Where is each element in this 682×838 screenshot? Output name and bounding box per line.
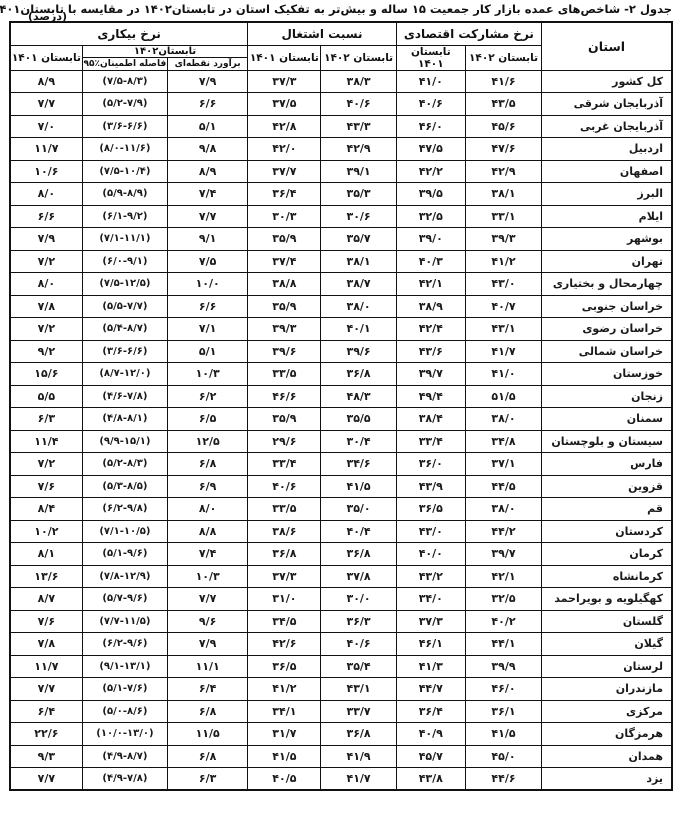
participation_1401-cell: ۴۷/۵ — [396, 138, 465, 161]
participation_1402-cell: ۳۹/۷ — [465, 543, 541, 566]
province-cell: سمنان — [542, 408, 672, 431]
unemployment_1401-cell: ۸/۷ — [10, 588, 82, 611]
unemployment_ci95_1402-cell: (۷/۱-۱۰/۵) — [82, 520, 167, 543]
participation_1401-cell: ۳۴/۰ — [396, 588, 465, 611]
unemployment_1401-cell: ۷/۷ — [10, 768, 82, 791]
participation_1401-cell: ۴۲/۲ — [396, 160, 465, 183]
col-header-participation-1402: تابستان ۱۴۰۲ — [465, 45, 541, 70]
unemployment_ci95_1402-cell: (۱۰/۰-۱۳/۰) — [82, 723, 167, 746]
participation_1401-cell: ۴۵/۷ — [396, 745, 465, 768]
employment_1402-cell: ۴۰/۴ — [321, 520, 396, 543]
employment_1402-cell: ۳۵/۷ — [321, 228, 396, 251]
unemployment_1401-cell: ۷/۲ — [10, 250, 82, 273]
province-cell: قم — [542, 498, 672, 521]
col-header-participation-1401: تابستان ۱۴۰۱ — [396, 45, 465, 70]
col-header-unemployment-1402: تابستان۱۴۰۲ — [82, 45, 247, 57]
province-cell: فارس — [542, 453, 672, 476]
unemployment_1401-cell: ۷/۶ — [10, 475, 82, 498]
participation_1401-cell: ۴۰/۰ — [396, 543, 465, 566]
participation_1401-cell: ۴۳/۲ — [396, 565, 465, 588]
table-row: همدان۴۵/۰۴۵/۷۴۱/۹۴۱/۵۶/۸(۴/۹-۸/۷)۹/۳ — [10, 745, 672, 768]
employment_1402-cell: ۳۵/۳ — [321, 183, 396, 206]
unemployment_ci95_1402-cell: (۵/۰-۸/۶) — [82, 700, 167, 723]
unemployment_ci95_1402-cell: (۶/۲-۹/۶) — [82, 633, 167, 656]
unemployment_point_1402-cell: ۱۱/۱ — [168, 655, 248, 678]
province-cell: چهارمحال و بختیاری — [542, 273, 672, 296]
unemployment_1401-cell: ۷/۰ — [10, 115, 82, 138]
unemployment_ci95_1402-cell: (۵/۱-۹/۶) — [82, 543, 167, 566]
table-row: ایلام۳۳/۱۳۲/۵۳۰/۶۳۰/۳۷/۷(۶/۱-۹/۲)۶/۶ — [10, 205, 672, 228]
employment_1401-cell: ۳۷/۳ — [248, 70, 321, 93]
unemployment_1401-cell: ۶/۴ — [10, 700, 82, 723]
employment_1401-cell: ۴۶/۶ — [248, 385, 321, 408]
unemployment_ci95_1402-cell: (۸/۰-۱۱/۶) — [82, 138, 167, 161]
employment_1402-cell: ۴۰/۱ — [321, 318, 396, 341]
unemployment_1401-cell: ۷/۷ — [10, 678, 82, 701]
employment_1401-cell: ۲۹/۶ — [248, 430, 321, 453]
unemployment_point_1402-cell: ۶/۸ — [168, 745, 248, 768]
table-row: قم۳۸/۰۳۶/۵۳۵/۰۳۳/۵۸/۰(۶/۲-۹/۸)۸/۴ — [10, 498, 672, 521]
unemployment_point_1402-cell: ۶/۶ — [168, 295, 248, 318]
col-group-unemployment: نرخ بیکاری — [10, 22, 248, 45]
employment_1402-cell: ۳۶/۸ — [321, 543, 396, 566]
province-cell: مرکزی — [542, 700, 672, 723]
participation_1401-cell: ۳۶/۴ — [396, 700, 465, 723]
employment_1401-cell: ۳۳/۵ — [248, 498, 321, 521]
unemployment_point_1402-cell: ۷/۹ — [168, 70, 248, 93]
unemployment_point_1402-cell: ۹/۸ — [168, 138, 248, 161]
unemployment_1401-cell: ۱۱/۴ — [10, 430, 82, 453]
participation_1401-cell: ۴۴/۷ — [396, 678, 465, 701]
table-row: آذربایجان غربی۴۵/۶۴۶/۰۴۳/۳۴۲/۸۵/۱(۳/۶-۶/… — [10, 115, 672, 138]
unemployment_point_1402-cell: ۱۰/۳ — [168, 363, 248, 386]
unemployment_point_1402-cell: ۶/۹ — [168, 475, 248, 498]
unemployment_point_1402-cell: ۵/۱ — [168, 115, 248, 138]
participation_1402-cell: ۳۹/۳ — [465, 228, 541, 251]
employment_1401-cell: ۳۴/۵ — [248, 610, 321, 633]
employment_1401-cell: ۳۵/۹ — [248, 295, 321, 318]
unemployment_1401-cell: ۷/۹ — [10, 228, 82, 251]
table-row: هرمزگان۴۱/۵۴۰/۹۳۶/۸۳۱/۷۱۱/۵(۱۰/۰-۱۳/۰)۲۲… — [10, 723, 672, 746]
employment_1401-cell: ۴۲/۰ — [248, 138, 321, 161]
province-cell: بوشهر — [542, 228, 672, 251]
participation_1402-cell: ۴۶/۰ — [465, 678, 541, 701]
participation_1402-cell: ۴۷/۶ — [465, 138, 541, 161]
participation_1402-cell: ۳۶/۱ — [465, 700, 541, 723]
unemployment_point_1402-cell: ۶/۳ — [168, 768, 248, 791]
table-row: کل کشور۴۱/۶۴۱/۰۳۸/۳۳۷/۳۷/۹(۷/۵-۸/۳)۸/۹ — [10, 70, 672, 93]
participation_1402-cell: ۴۲/۹ — [465, 160, 541, 183]
province-cell: گلستان — [542, 610, 672, 633]
unemployment_ci95_1402-cell: (۷/۸-۱۲/۹) — [82, 565, 167, 588]
unemployment_1401-cell: ۲۲/۶ — [10, 723, 82, 746]
unemployment_1401-cell: ۸/۰ — [10, 273, 82, 296]
unemployment_point_1402-cell: ۶/۶ — [168, 93, 248, 116]
col-group-participation: نرخ مشارکت اقتصادی — [396, 22, 541, 45]
participation_1402-cell: ۴۴/۱ — [465, 633, 541, 656]
unemployment_ci95_1402-cell: (۵/۴-۸/۷) — [82, 318, 167, 341]
participation_1402-cell: ۳۸/۰ — [465, 408, 541, 431]
participation_1402-cell: ۴۱/۷ — [465, 340, 541, 363]
table-title: جدول ۲- شاخص‌های عمده بازار کار جمعیت ۱۵… — [95, 2, 672, 16]
unemployment_point_1402-cell: ۸/۰ — [168, 498, 248, 521]
document-page: جدول ۲- شاخص‌های عمده بازار کار جمعیت ۱۵… — [0, 0, 682, 838]
participation_1402-cell: ۴۱/۵ — [465, 723, 541, 746]
participation_1401-cell: ۴۳/۶ — [396, 340, 465, 363]
col-header-unemployment-1401: تابستان ۱۴۰۱ — [10, 45, 82, 70]
unemployment_ci95_1402-cell: (۵/۵-۷/۷) — [82, 295, 167, 318]
unemployment_1401-cell: ۱۱/۷ — [10, 138, 82, 161]
unemployment_ci95_1402-cell: (۶/۱-۹/۲) — [82, 205, 167, 228]
province-cell: کرمان — [542, 543, 672, 566]
province-cell: کردستان — [542, 520, 672, 543]
employment_1402-cell: ۳۰/۶ — [321, 205, 396, 228]
employment_1401-cell: ۳۷/۴ — [248, 250, 321, 273]
participation_1401-cell: ۳۹/۵ — [396, 183, 465, 206]
participation_1402-cell: ۳۹/۹ — [465, 655, 541, 678]
employment_1401-cell: ۴۲/۸ — [248, 115, 321, 138]
participation_1401-cell: ۴۹/۴ — [396, 385, 465, 408]
table-row: چهارمحال و بختیاری۴۳/۰۴۲/۱۳۸/۷۳۸/۸۱۰/۰(۷… — [10, 273, 672, 296]
table-row: سمنان۳۸/۰۳۸/۴۳۵/۵۳۵/۹۶/۵(۴/۸-۸/۱)۶/۳ — [10, 408, 672, 431]
employment_1402-cell: ۳۵/۵ — [321, 408, 396, 431]
employment_1402-cell: ۳۴/۶ — [321, 453, 396, 476]
unemployment_point_1402-cell: ۷/۴ — [168, 183, 248, 206]
unemployment_1401-cell: ۶/۶ — [10, 205, 82, 228]
participation_1401-cell: ۴۱/۳ — [396, 655, 465, 678]
province-cell: سیستان و بلوچستان — [542, 430, 672, 453]
employment_1402-cell: ۳۵/۰ — [321, 498, 396, 521]
table-row: خوزستان۴۱/۰۳۹/۷۳۶/۸۳۳/۵۱۰/۳(۸/۷-۱۲/۰)۱۵/… — [10, 363, 672, 386]
unemployment_point_1402-cell: ۶/۲ — [168, 385, 248, 408]
participation_1401-cell: ۳۹/۰ — [396, 228, 465, 251]
unemployment_point_1402-cell: ۱۱/۵ — [168, 723, 248, 746]
employment_1402-cell: ۴۸/۳ — [321, 385, 396, 408]
participation_1401-cell: ۴۰/۶ — [396, 93, 465, 116]
participation_1401-cell: ۴۱/۰ — [396, 70, 465, 93]
unemployment_ci95_1402-cell: (۵/۱-۷/۶) — [82, 678, 167, 701]
unemployment_point_1402-cell: ۱۲/۵ — [168, 430, 248, 453]
unemployment_ci95_1402-cell: (۵/۹-۸/۹) — [82, 183, 167, 206]
employment_1401-cell: ۳۷/۳ — [248, 565, 321, 588]
table-row: لرستان۳۹/۹۴۱/۳۳۵/۴۳۶/۵۱۱/۱(۹/۱-۱۳/۱)۱۱/۷ — [10, 655, 672, 678]
participation_1401-cell: ۳۸/۹ — [396, 295, 465, 318]
unemployment_ci95_1402-cell: (۷/۵-۱۰/۴) — [82, 160, 167, 183]
participation_1401-cell: ۳۷/۳ — [396, 610, 465, 633]
unemployment_ci95_1402-cell: (۴/۸-۸/۱) — [82, 408, 167, 431]
unemployment_1401-cell: ۱۰/۲ — [10, 520, 82, 543]
participation_1402-cell: ۴۳/۵ — [465, 93, 541, 116]
employment_1402-cell: ۴۰/۶ — [321, 633, 396, 656]
employment_1401-cell: ۳۹/۳ — [248, 318, 321, 341]
unemployment_point_1402-cell: ۷/۹ — [168, 633, 248, 656]
unemployment_point_1402-cell: ۶/۴ — [168, 678, 248, 701]
participation_1402-cell: ۴۵/۰ — [465, 745, 541, 768]
unemployment_point_1402-cell: ۱۰/۳ — [168, 565, 248, 588]
employment_1401-cell: ۴۰/۵ — [248, 768, 321, 791]
province-cell: خراسان جنوبی — [542, 295, 672, 318]
table-row: اصفهان۴۲/۹۴۲/۲۳۹/۱۳۷/۷۸/۹(۷/۵-۱۰/۴)۱۰/۶ — [10, 160, 672, 183]
unemployment_1401-cell: ۵/۵ — [10, 385, 82, 408]
unemployment_1401-cell: ۷/۶ — [10, 610, 82, 633]
table-row: کهگیلویه و بویراحمد۳۲/۵۳۴/۰۳۰/۰۳۱/۰۷/۷(۵… — [10, 588, 672, 611]
unemployment_ci95_1402-cell: (۶/۲-۹/۸) — [82, 498, 167, 521]
employment_1401-cell: ۳۹/۶ — [248, 340, 321, 363]
employment_1402-cell: ۳۶/۸ — [321, 723, 396, 746]
unemployment_1401-cell: ۸/۹ — [10, 70, 82, 93]
unemployment_1401-cell: ۷/۲ — [10, 318, 82, 341]
participation_1402-cell: ۴۵/۶ — [465, 115, 541, 138]
participation_1402-cell: ۵۱/۵ — [465, 385, 541, 408]
province-cell: خراسان رضوی — [542, 318, 672, 341]
employment_1402-cell: ۳۵/۴ — [321, 655, 396, 678]
unemployment_ci95_1402-cell: (۷/۵-۱۲/۵) — [82, 273, 167, 296]
unemployment_1401-cell: ۷/۸ — [10, 295, 82, 318]
unemployment_point_1402-cell: ۶/۵ — [168, 408, 248, 431]
employment_1401-cell: ۳۷/۷ — [248, 160, 321, 183]
unemployment_1401-cell: ۹/۳ — [10, 745, 82, 768]
table-body: کل کشور۴۱/۶۴۱/۰۳۸/۳۳۷/۳۷/۹(۷/۵-۸/۳)۸/۹آذ… — [10, 70, 672, 790]
unemployment_1401-cell: ۱۰/۶ — [10, 160, 82, 183]
table-row: زنجان۵۱/۵۴۹/۴۴۸/۳۴۶/۶۶/۲(۴/۶-۷/۸)۵/۵ — [10, 385, 672, 408]
unemployment_point_1402-cell: ۷/۵ — [168, 250, 248, 273]
table-row: کردستان۴۴/۲۴۳/۰۴۰/۴۳۸/۶۸/۸(۷/۱-۱۰/۵)۱۰/۲ — [10, 520, 672, 543]
employment_1402-cell: ۳۳/۷ — [321, 700, 396, 723]
table-row: سیستان و بلوچستان۳۴/۸۳۳/۴۳۰/۴۲۹/۶۱۲/۵(۹/… — [10, 430, 672, 453]
unemployment_ci95_1402-cell: (۷/۷-۱۱/۵) — [82, 610, 167, 633]
employment_1401-cell: ۳۳/۴ — [248, 453, 321, 476]
province-cell: البرز — [542, 183, 672, 206]
employment_1402-cell: ۳۶/۳ — [321, 610, 396, 633]
unemployment_point_1402-cell: ۷/۱ — [168, 318, 248, 341]
unemployment_ci95_1402-cell: (۴/۹-۸/۷) — [82, 745, 167, 768]
employment_1402-cell: ۳۰/۴ — [321, 430, 396, 453]
unemployment_point_1402-cell: ۹/۱ — [168, 228, 248, 251]
employment_1402-cell: ۳۸/۷ — [321, 273, 396, 296]
unemployment_1401-cell: ۸/۱ — [10, 543, 82, 566]
participation_1402-cell: ۴۱/۶ — [465, 70, 541, 93]
participation_1402-cell: ۴۴/۶ — [465, 768, 541, 791]
province-cell: اصفهان — [542, 160, 672, 183]
employment_1402-cell: ۳۸/۰ — [321, 295, 396, 318]
participation_1401-cell: ۴۲/۱ — [396, 273, 465, 296]
participation_1401-cell: ۳۳/۴ — [396, 430, 465, 453]
employment_1402-cell: ۴۱/۹ — [321, 745, 396, 768]
unemployment_point_1402-cell: ۷/۴ — [168, 543, 248, 566]
labor-market-table: استان نرخ مشارکت اقتصادی نسبت اشتغال نرخ… — [9, 21, 673, 791]
unemployment_ci95_1402-cell: (۵/۷-۹/۶) — [82, 588, 167, 611]
table-header: استان نرخ مشارکت اقتصادی نسبت اشتغال نرخ… — [10, 22, 672, 70]
col-header-point-estimate: برآورد نقطه‌ای — [168, 57, 248, 70]
unemployment_1401-cell: ۸/۰ — [10, 183, 82, 206]
table-row: قزوین۴۴/۵۴۳/۹۴۱/۵۴۰/۶۶/۹(۵/۳-۸/۵)۷/۶ — [10, 475, 672, 498]
unemployment_1401-cell: ۱۳/۶ — [10, 565, 82, 588]
province-cell: تهران — [542, 250, 672, 273]
unemployment_1401-cell: ۶/۳ — [10, 408, 82, 431]
unemployment_ci95_1402-cell: (۳/۶-۶/۶) — [82, 340, 167, 363]
province-cell: زنجان — [542, 385, 672, 408]
unemployment_point_1402-cell: ۷/۷ — [168, 205, 248, 228]
col-header-employment-1402: تابستان ۱۴۰۲ — [321, 45, 396, 70]
participation_1402-cell: ۴۳/۱ — [465, 318, 541, 341]
employment_1402-cell: ۳۹/۱ — [321, 160, 396, 183]
province-cell: قزوین — [542, 475, 672, 498]
participation_1402-cell: ۴۲/۱ — [465, 565, 541, 588]
employment_1401-cell: ۴۱/۵ — [248, 745, 321, 768]
employment_1401-cell: ۳۶/۴ — [248, 183, 321, 206]
employment_1402-cell: ۳۸/۳ — [321, 70, 396, 93]
table-row: کرمان۳۹/۷۴۰/۰۳۶/۸۳۶/۸۷/۴(۵/۱-۹/۶)۸/۱ — [10, 543, 672, 566]
unemployment_point_1402-cell: ۶/۸ — [168, 700, 248, 723]
unemployment_ci95_1402-cell: (۹/۱-۱۳/۱) — [82, 655, 167, 678]
employment_1401-cell: ۴۲/۶ — [248, 633, 321, 656]
employment_1402-cell: ۳۷/۸ — [321, 565, 396, 588]
unemployment_point_1402-cell: ۶/۸ — [168, 453, 248, 476]
participation_1401-cell: ۴۰/۳ — [396, 250, 465, 273]
employment_1402-cell: ۴۳/۳ — [321, 115, 396, 138]
province-cell: کل کشور — [542, 70, 672, 93]
participation_1402-cell: ۴۰/۷ — [465, 295, 541, 318]
unemployment_1401-cell: ۱۱/۷ — [10, 655, 82, 678]
participation_1401-cell: ۴۲/۴ — [396, 318, 465, 341]
employment_1401-cell: ۴۰/۶ — [248, 475, 321, 498]
employment_1401-cell: ۳۵/۹ — [248, 408, 321, 431]
unemployment_1401-cell: ۷/۲ — [10, 453, 82, 476]
table-row: خراسان رضوی۴۳/۱۴۲/۴۴۰/۱۳۹/۳۷/۱(۵/۴-۸/۷)۷… — [10, 318, 672, 341]
employment_1401-cell: ۳۵/۹ — [248, 228, 321, 251]
employment_1401-cell: ۳۶/۸ — [248, 543, 321, 566]
employment_1402-cell: ۳۰/۰ — [321, 588, 396, 611]
table-row: مرکزی۳۶/۱۳۶/۴۳۳/۷۳۴/۱۶/۸(۵/۰-۸/۶)۶/۴ — [10, 700, 672, 723]
table-row: کرمانشاه۴۲/۱۴۳/۲۳۷/۸۳۷/۳۱۰/۳(۷/۸-۱۲/۹)۱۳… — [10, 565, 672, 588]
participation_1401-cell: ۴۳/۹ — [396, 475, 465, 498]
participation_1402-cell: ۴۴/۲ — [465, 520, 541, 543]
table-row: گلستان۴۰/۲۳۷/۳۳۶/۳۳۴/۵۹/۶(۷/۷-۱۱/۵)۷/۶ — [10, 610, 672, 633]
header-group-row: استان نرخ مشارکت اقتصادی نسبت اشتغال نرخ… — [10, 22, 672, 45]
unemployment_ci95_1402-cell: (۵/۲-۷/۹) — [82, 93, 167, 116]
unemployment_ci95_1402-cell: (۷/۵-۸/۳) — [82, 70, 167, 93]
province-cell: همدان — [542, 745, 672, 768]
province-cell: کرمانشاه — [542, 565, 672, 588]
employment_1401-cell: ۳۱/۰ — [248, 588, 321, 611]
province-cell: آذربایجان شرقی — [542, 93, 672, 116]
table-row: اردبیل۴۷/۶۴۷/۵۴۲/۹۴۲/۰۹/۸(۸/۰-۱۱/۶)۱۱/۷ — [10, 138, 672, 161]
table-row: یزد۴۴/۶۴۳/۸۴۱/۷۴۰/۵۶/۳(۴/۹-۷/۸)۷/۷ — [10, 768, 672, 791]
table-row: تهران۴۱/۲۴۰/۳۳۸/۱۳۷/۴۷/۵(۶/۰-۹/۱)۷/۲ — [10, 250, 672, 273]
col-group-employment: نسبت اشتغال — [248, 22, 396, 45]
unemployment_1401-cell: ۱۵/۶ — [10, 363, 82, 386]
participation_1402-cell: ۳۷/۱ — [465, 453, 541, 476]
participation_1402-cell: ۴۳/۰ — [465, 273, 541, 296]
unemployment_ci95_1402-cell: (۵/۲-۸/۳) — [82, 453, 167, 476]
participation_1402-cell: ۴۴/۵ — [465, 475, 541, 498]
participation_1401-cell: ۳۲/۵ — [396, 205, 465, 228]
employment_1402-cell: ۴۳/۱ — [321, 678, 396, 701]
participation_1401-cell: ۳۶/۰ — [396, 453, 465, 476]
participation_1402-cell: ۳۴/۸ — [465, 430, 541, 453]
table-row: خراسان جنوبی۴۰/۷۳۸/۹۳۸/۰۳۵/۹۶/۶(۵/۵-۷/۷)… — [10, 295, 672, 318]
participation_1401-cell: ۳۹/۷ — [396, 363, 465, 386]
employment_1401-cell: ۳۸/۸ — [248, 273, 321, 296]
province-cell: خراسان شمالی — [542, 340, 672, 363]
unemployment_point_1402-cell: ۹/۶ — [168, 610, 248, 633]
participation_1401-cell: ۴۳/۰ — [396, 520, 465, 543]
province-cell: هرمزگان — [542, 723, 672, 746]
participation_1401-cell: ۴۶/۱ — [396, 633, 465, 656]
province-cell: خوزستان — [542, 363, 672, 386]
table-row: گیلان۴۴/۱۴۶/۱۴۰/۶۴۲/۶۷/۹(۶/۲-۹/۶)۷/۸ — [10, 633, 672, 656]
employment_1402-cell: ۴۱/۵ — [321, 475, 396, 498]
unemployment_1401-cell: ۹/۲ — [10, 340, 82, 363]
province-cell: اردبیل — [542, 138, 672, 161]
unemployment_point_1402-cell: ۸/۸ — [168, 520, 248, 543]
province-cell: آذربایجان غربی — [542, 115, 672, 138]
province-cell: یزد — [542, 768, 672, 791]
unemployment_point_1402-cell: ۸/۹ — [168, 160, 248, 183]
unemployment_1401-cell: ۷/۸ — [10, 633, 82, 656]
employment_1401-cell: ۳۴/۱ — [248, 700, 321, 723]
unemployment_ci95_1402-cell: (۴/۶-۷/۸) — [82, 385, 167, 408]
employment_1402-cell: ۴۰/۶ — [321, 93, 396, 116]
participation_1401-cell: ۴۶/۰ — [396, 115, 465, 138]
unemployment_ci95_1402-cell: (۵/۳-۸/۵) — [82, 475, 167, 498]
employment_1402-cell: ۴۲/۹ — [321, 138, 396, 161]
col-header-province: استان — [542, 22, 672, 70]
participation_1402-cell: ۴۱/۲ — [465, 250, 541, 273]
province-cell: مازندران — [542, 678, 672, 701]
unemployment_point_1402-cell: ۷/۷ — [168, 588, 248, 611]
employment_1401-cell: ۳۶/۵ — [248, 655, 321, 678]
unemployment_ci95_1402-cell: (۳/۶-۶/۶) — [82, 115, 167, 138]
participation_1401-cell: ۴۰/۹ — [396, 723, 465, 746]
province-cell: گیلان — [542, 633, 672, 656]
table-row: آذربایجان شرقی۴۳/۵۴۰/۶۴۰/۶۳۷/۵۶/۶(۵/۲-۷/… — [10, 93, 672, 116]
unemployment_ci95_1402-cell: (۷/۱-۱۱/۱) — [82, 228, 167, 251]
participation_1402-cell: ۴۱/۰ — [465, 363, 541, 386]
unemployment_1401-cell: ۷/۷ — [10, 93, 82, 116]
col-header-employment-1401: تابستان ۱۴۰۱ — [248, 45, 321, 70]
employment_1401-cell: ۳۳/۵ — [248, 363, 321, 386]
employment_1402-cell: ۳۶/۸ — [321, 363, 396, 386]
province-cell: ایلام — [542, 205, 672, 228]
table-row: فارس۳۷/۱۳۶/۰۳۴/۶۳۳/۴۶/۸(۵/۲-۸/۳)۷/۲ — [10, 453, 672, 476]
unemployment_point_1402-cell: ۱۰/۰ — [168, 273, 248, 296]
employment_1401-cell: ۴۱/۲ — [248, 678, 321, 701]
participation_1402-cell: ۴۰/۲ — [465, 610, 541, 633]
participation_1401-cell: ۴۳/۸ — [396, 768, 465, 791]
participation_1402-cell: ۳۸/۱ — [465, 183, 541, 206]
participation_1401-cell: ۳۶/۵ — [396, 498, 465, 521]
unemployment_ci95_1402-cell: (۴/۹-۷/۸) — [82, 768, 167, 791]
unemployment_ci95_1402-cell: (۹/۹-۱۵/۱) — [82, 430, 167, 453]
table-row: بوشهر۳۹/۳۳۹/۰۳۵/۷۳۵/۹۹/۱(۷/۱-۱۱/۱)۷/۹ — [10, 228, 672, 251]
employment_1402-cell: ۴۱/۷ — [321, 768, 396, 791]
employment_1401-cell: ۳۸/۶ — [248, 520, 321, 543]
employment_1401-cell: ۳۱/۷ — [248, 723, 321, 746]
participation_1401-cell: ۳۸/۴ — [396, 408, 465, 431]
province-cell: لرستان — [542, 655, 672, 678]
unemployment_point_1402-cell: ۵/۱ — [168, 340, 248, 363]
col-header-confidence-interval: فاصله اطمینان٪۹۵ — [82, 57, 167, 70]
table-row: خراسان شمالی۴۱/۷۴۳/۶۳۹/۶۳۹/۶۵/۱(۳/۶-۶/۶)… — [10, 340, 672, 363]
table-row: مازندران۴۶/۰۴۴/۷۴۳/۱۴۱/۲۶/۴(۵/۱-۷/۶)۷/۷ — [10, 678, 672, 701]
table-row: البرز۳۸/۱۳۹/۵۳۵/۳۳۶/۴۷/۴(۵/۹-۸/۹)۸/۰ — [10, 183, 672, 206]
unemployment_ci95_1402-cell: (۸/۷-۱۲/۰) — [82, 363, 167, 386]
employment_1401-cell: ۳۰/۳ — [248, 205, 321, 228]
employment_1402-cell: ۳۹/۶ — [321, 340, 396, 363]
participation_1402-cell: ۳۲/۵ — [465, 588, 541, 611]
participation_1402-cell: ۳۸/۰ — [465, 498, 541, 521]
